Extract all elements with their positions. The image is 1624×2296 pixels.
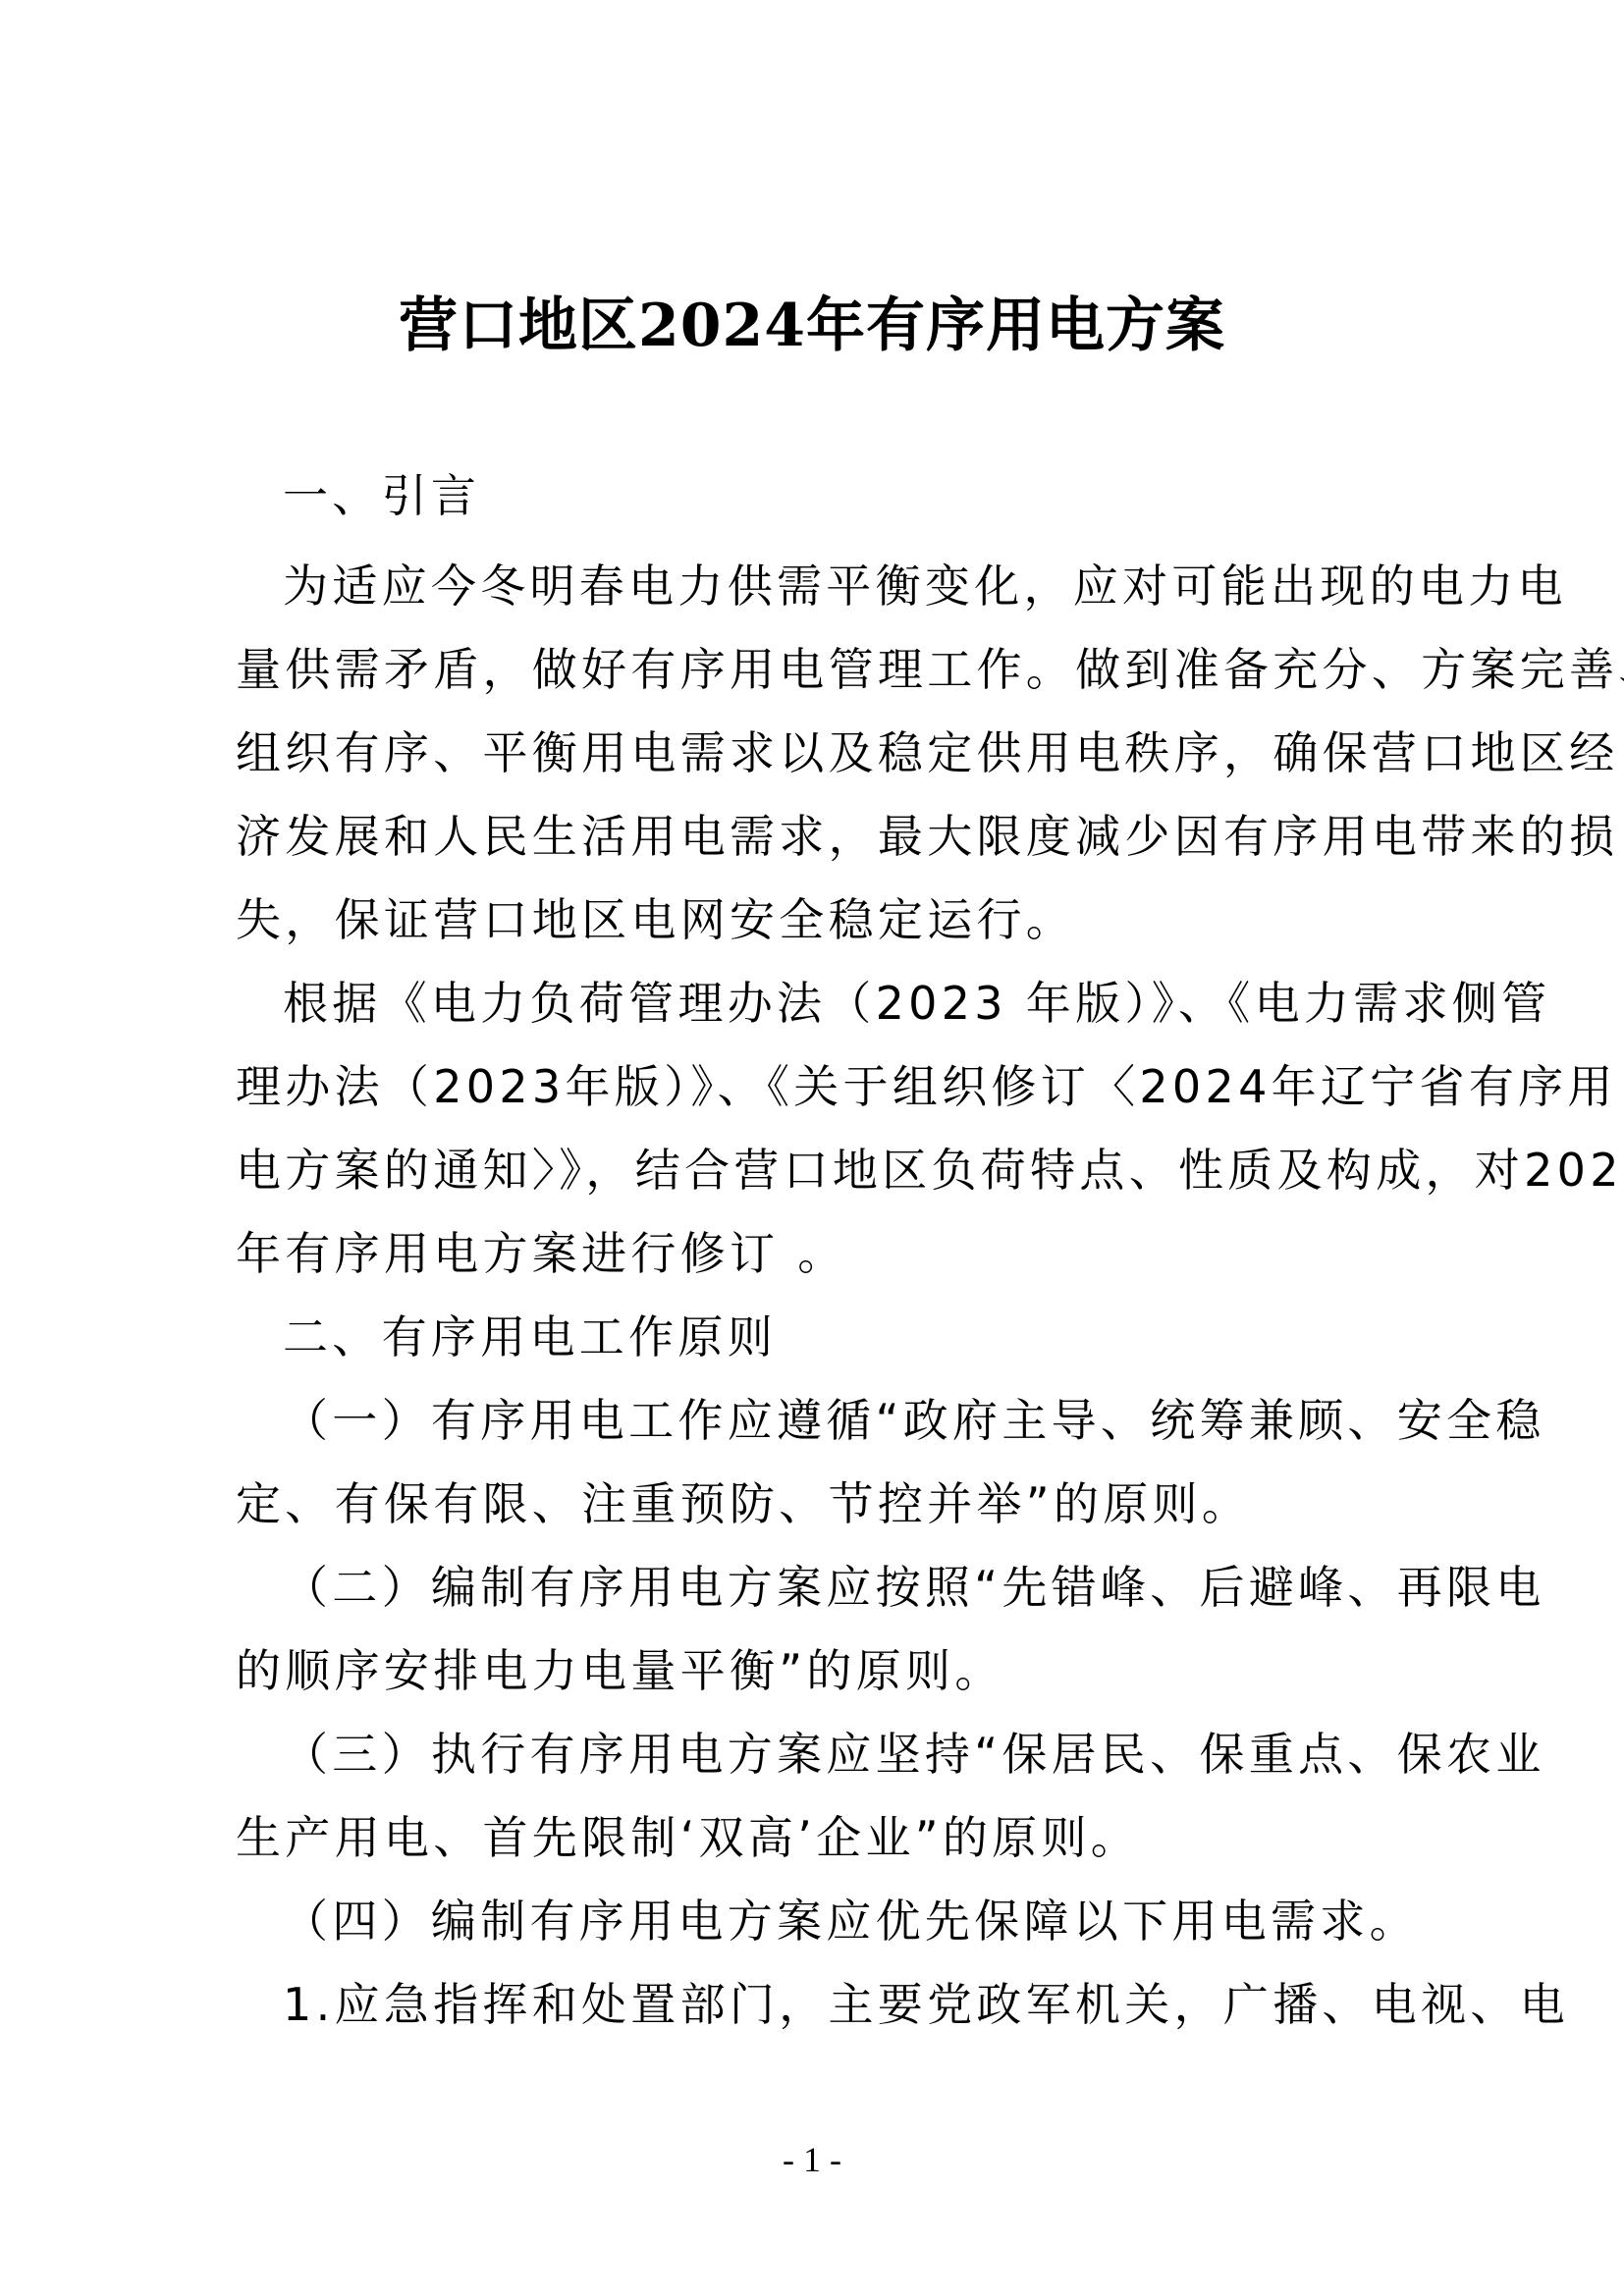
paragraph-line: 电方案的通知〉》，结合营口地区负荷特点、性质及构成，对2024 <box>236 1141 1443 1200</box>
paragraph-line: （一）有序用电工作应遵循“政府主导、统筹兼顾、安全稳 <box>283 1391 1443 1450</box>
document-title: 营口地区2024年有序用电方案 <box>0 287 1624 365</box>
paragraph-line: 根据《电力负荷管理办法（2023 年版）》、《电力需求侧管 <box>283 974 1443 1033</box>
paragraph-line: 济发展和人民生活用电需求，最大限度减少因有序用电带来的损 <box>236 807 1443 866</box>
section-heading-introduction: 一、引言 <box>283 466 1490 525</box>
paragraph-line: 组织有序、平衡用电需求以及稳定供用电秩序，确保营口地区经 <box>236 723 1443 782</box>
paragraph-line: （二）编制有序用电方案应按照“先错峰、后避峰、再限电 <box>283 1558 1443 1617</box>
paragraph-line: （三）执行有序用电方案应坚持“保居民、保重点、保农业 <box>283 1725 1443 1784</box>
paragraph-line: 量供需矛盾，做好有序用电管理工作。做到准备充分、方案完善、 <box>236 640 1443 699</box>
paragraph-line: 理办法（2023年版）》、《关于组织修订〈2024年辽宁省有序用 <box>236 1057 1443 1116</box>
paragraph-line: 的顺序安排电力电量平衡”的原则。 <box>236 1641 1443 1700</box>
page-number: - 1 - <box>0 2138 1624 2181</box>
paragraph-line: 失，保证营口地区电网安全稳定运行。 <box>236 890 1443 949</box>
paragraph-line: （四）编制有序用电方案应优先保障以下用电需求。 <box>283 1892 1443 1950</box>
paragraph-line: 生产用电、首先限制‘双高’企业”的原则。 <box>236 1808 1443 1867</box>
paragraph-line: 定、有保有限、注重预防、节控并举”的原则。 <box>236 1474 1443 1533</box>
paragraph-line: 为适应今冬明春电力供需平衡变化，应对可能出现的电力电 <box>283 557 1443 615</box>
section-heading-principles: 二、有序用电工作原则 <box>283 1308 1490 1366</box>
document-page: 营口地区2024年有序用电方案 一、引言 为适应今冬明春电力供需平衡变化，应对可… <box>0 0 1624 2296</box>
paragraph-line: 1.应急指挥和处置部门，主要党政军机关，广播、电视、电 <box>283 1975 1443 2034</box>
paragraph-line: 年有序用电方案进行修订 。 <box>236 1224 1443 1283</box>
